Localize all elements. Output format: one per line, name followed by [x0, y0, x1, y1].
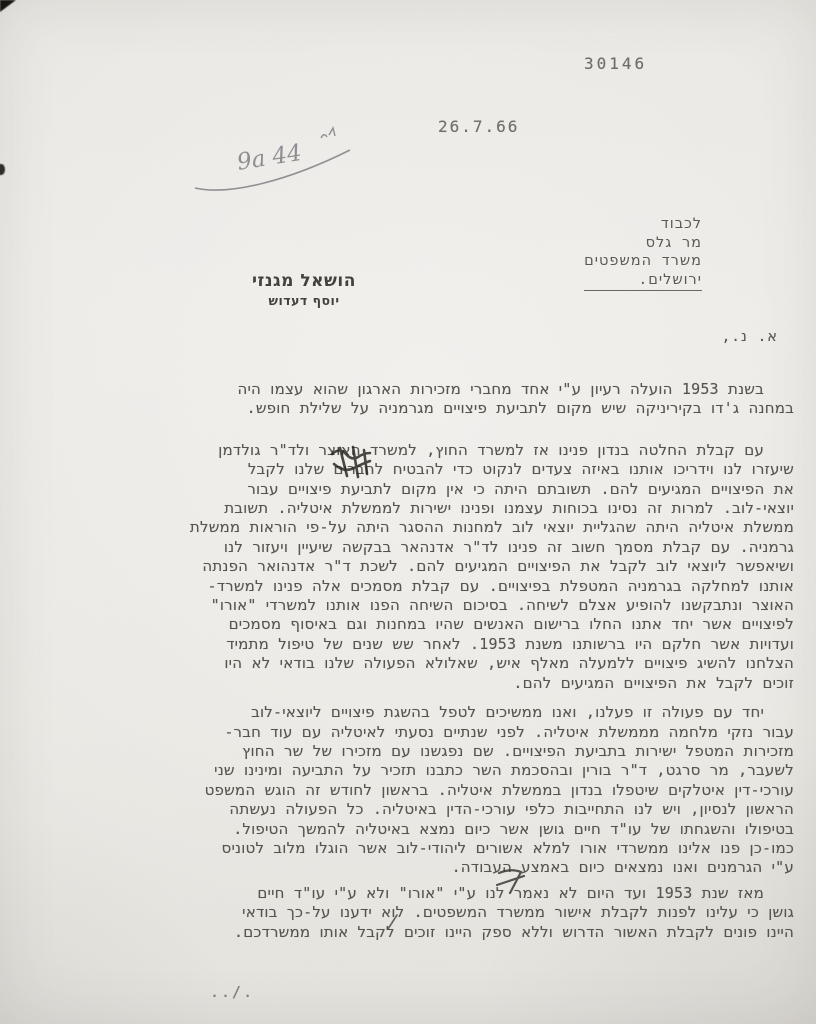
body-line: לשעבר, מר סרגט, ד"ר בורין ובהסכמת השר כת… [38, 761, 794, 780]
letter-date: 26.7.66 [438, 117, 519, 136]
body-line: לפיצויים אשר יחד אתנו החלו ברישום האנשים… [38, 615, 794, 634]
recipient-city: ירושלים. [584, 271, 702, 292]
letter-body: בשנת 1953 הועלה רעיון ע"י אחד מחברי מזכי… [38, 380, 794, 942]
salutation: א. נ., [722, 329, 778, 345]
body-line: שיעזרו לנו וידריכו אותנו באיזה צעדים לנק… [38, 460, 794, 479]
body-line: גרמניה. עם קבלת מסמך חשוב זה פנינו לד"ר … [38, 538, 794, 557]
recipient-line: לכבוד [584, 215, 702, 234]
paragraph-3: יחד עם פעולה זו פעלנו, ואנו ממשיכים לטפל… [38, 703, 794, 878]
body-line: ממשלת איטליה היתה שהגליית יוצאי לוב למחנ… [38, 518, 794, 537]
body-line: מזכירות המטפל ישירות בתביעת הפיצויים. שם… [38, 742, 794, 761]
body-line: ועדויות אשר חלקם היו ברשותנו משנת 1953. … [38, 635, 794, 654]
body-line: האוצר ונתבקשנו להופיע אצלם לשיחה. בסיכום… [38, 596, 794, 615]
body-line: עם קבלת החלטה בנדון פנינו אז למשרד החוץ,… [38, 441, 794, 460]
handwritten-note-text: 9a 44 [235, 140, 303, 176]
body-line: מאז שנת 1953 ועד היום לא נאמר לנו ע"י "א… [38, 884, 794, 903]
body-line: ושיאפשר ליוצאי לוב לקבל את הפיצויים המגי… [38, 557, 794, 576]
scan-edge-artifact [0, 164, 5, 175]
paragraph-1: בשנת 1953 הועלה רעיון ע"י אחד מחברי מזכי… [38, 380, 794, 419]
body-line: במחנה ג'דו בקיריניקה שיש מקום לתביעת פיצ… [38, 399, 794, 418]
body-line: זוכים לקבל את הפיצויים המגיעים להם. [38, 674, 794, 693]
body-line: הצלחנו להשיג פיצויים ללמעלה מאלף איש, שא… [38, 654, 794, 673]
body-line: את הפיצויים המגיעים להם. תשובתם היתה כי … [38, 480, 794, 499]
body-line: יוצאי-לוב. למרות זה נסינו בכוחות עצמנו ו… [38, 499, 794, 518]
paragraph-2: עם קבלת החלטה בנדון פנינו אז למשרד החוץ,… [38, 441, 794, 693]
recipient-line: מר גלס [584, 234, 702, 253]
recipient-line: משרד המשפטים [584, 252, 702, 271]
body-line: עורכי-דין איטלקים שיטפלו בנדון בממשלת אי… [38, 781, 794, 800]
body-line: היינו פונים לקבלת האשור הדרוש וללא ספק ה… [38, 923, 794, 942]
stamp-line-1: הושאל מגנזי [244, 271, 364, 291]
body-line: יחד עם פעולה זו פעלנו, ואנו ממשיכים לטפל… [38, 703, 794, 722]
handwritten-note: 9a 44 [185, 118, 365, 198]
scan-corner-artifact [0, 0, 16, 12]
body-line: ע"י הגרמנים ואנו נמצאים כיום באמצע העבוד… [38, 858, 794, 877]
body-line: עבור נזקי מלחמה מממשלת איטליה. לפני שנתי… [38, 723, 794, 742]
body-line: בשנת 1953 הועלה רעיון ע"י אחד מחברי מזכי… [38, 380, 794, 399]
continuation-mark: ../. [210, 983, 254, 1001]
body-line: הראשון לנסיון, ויש לנו התחייבות כלפי עור… [38, 800, 794, 819]
recipient-address: לכבוד מר גלס משרד המשפטים ירושלים. [584, 215, 702, 291]
body-line: אותנו למחלקה בגרמניה המטפלת בפיצויים. עם… [38, 577, 794, 596]
body-line: כמו-כן פנו אלינו ממשרדי אורו למלא אשורים… [38, 839, 794, 858]
scanned-letter-page: 30146 26.7.66 9a 44 לכבוד מר גלס משרד המ… [0, 0, 816, 1024]
paragraph-4: מאז שנת 1953 ועד היום לא נאמר לנו ע"י "א… [38, 884, 794, 942]
reference-number: 30146 [584, 54, 647, 73]
stamp-line-2: יוסף דעדוש [244, 293, 364, 308]
library-stamp: הושאל מגנזי יוסף דעדוש [244, 271, 364, 308]
body-line: בטיפולו והשגחתו של עו"ד חיים גושן אשר כי… [38, 820, 794, 839]
body-line: גושן כי עלינו לפנות לקבלת אישור ממשרד המ… [38, 903, 794, 922]
